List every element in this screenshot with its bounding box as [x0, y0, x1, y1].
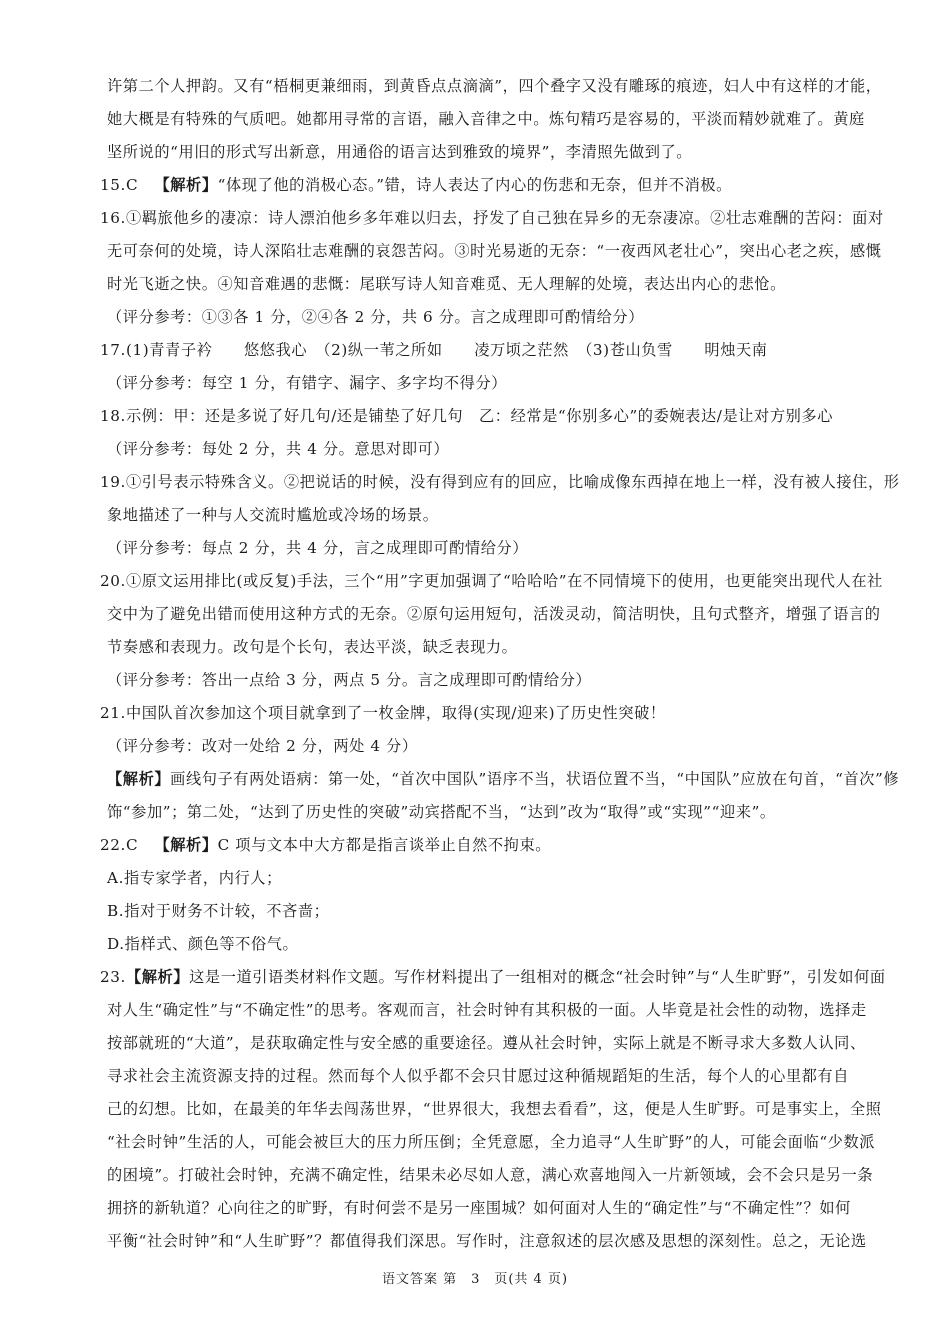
q21-analysis-tag: 【解析】 [107, 770, 170, 788]
q19-scoring: （评分参考：每点 2 分，共 4 分，言之成理即可酌情给分） [100, 532, 872, 565]
q20-line: 20.①原文运用排比(或反复)手法，三个“用”字更加强调了“哈哈哈”在不同情境下… [100, 565, 872, 598]
q23-line: 按部就班的“大道”，是获取确定性与安全感的重要途径。遵从社会时钟，实际上就是不断… [100, 1027, 872, 1060]
q21-analysis: 【解析】画线句子有两处语病：第一处，“首次中国队”语序不当，状语位置不当，“中国… [100, 763, 872, 796]
q15-text: “体现了他的消极心态。”错，诗人表达了内心的伤悲和无奈，但并不消极。 [218, 176, 732, 194]
page-footer: 语文答案 第 3 页(共 4 页) [0, 1268, 950, 1287]
q22-option-d: D.指样式、颜色等不俗气。 [100, 928, 872, 961]
q15-analysis-tag: 【解析】 [154, 176, 217, 194]
continuation-line: 她大概是有特殊的气质吧。她都用寻常的言语，融入音律之中。炼句精巧是容易的，平淡而… [100, 103, 872, 136]
q20-scoring: （评分参考：答出一点给 3 分，两点 5 分。言之成理即可酌情给分） [100, 664, 872, 697]
q23-line: 拥挤的新轨道？心向往之的旷野，有时何尝不是另一座围城？如何面对人生的“确定性”与… [100, 1192, 872, 1225]
q20-line: 节奏感和表现力。改句是个长句，表达平淡，缺乏表现力。 [100, 631, 872, 664]
q23-line: 的困境”。打破社会时钟，充满不确定性，结果未必尽如人意，满心欢喜地闯入一片新领域… [100, 1159, 872, 1192]
q22-option-a: A.指专家学者，内行人； [100, 862, 872, 895]
q16-line: 无可奈何的处境，诗人深陷壮志难酬的哀怨苦闷。③时光易逝的无奈：“一夜西风老壮心”… [100, 235, 872, 268]
q16-line: 16.①羁旅他乡的凄凉：诗人漂泊他乡多年难以归去，抒发了自己独在异乡的无奈凄凉。… [100, 202, 872, 235]
q22-option-b: B.指对于财务不计较，不吝啬； [100, 895, 872, 928]
q17-text: 17.(1)青青子衿 悠悠我心 （2)纵一苇之所如 凌万顷之茫然 （3)苍山负雪… [100, 334, 872, 367]
q17-scoring: （评分参考：每空 1 分，有错字、漏字、多字均不得分） [100, 367, 872, 400]
q21-scoring: （评分参考：改对一处给 2 分，两处 4 分） [100, 730, 872, 763]
q23-line: 己的幻想。比如，在最美的年华去闯荡世界，“世界很大，我想去看看”，这，便是人生旷… [100, 1093, 872, 1126]
q19-line: 象地描述了一种与人交流时尴尬或冷场的场景。 [100, 499, 872, 532]
q19-line: 19.①引号表示特殊含义。②把说话的时候，没有得到应有的回应，比喻成像东西掉在地… [100, 466, 872, 499]
q22-analysis-tag: 【解析】 [154, 836, 217, 854]
q23-line: 对人生“确定性”与“不确定性”的思考。客观而言，社会时钟有其积极的一面。人毕竟是… [100, 994, 872, 1027]
q23-first-line: 这是一道引语类材料作文题。写作材料提出了一组相对的概念“社会时钟”与“人生旷野”… [189, 968, 886, 986]
q15-number: 15.C [100, 176, 138, 194]
question-23: 23.【解析】这是一道引语类材料作文题。写作材料提出了一组相对的概念“社会时钟”… [100, 961, 872, 994]
q23-line: 平衡“社会时钟”和“人生旷野”？都值得我们深思。写作时，注意叙述的层次感及思想的… [100, 1225, 872, 1258]
q16-scoring: （评分参考：①③各 1 分，②④各 2 分，共 6 分。言之成理即可酌情给分） [100, 301, 872, 334]
q21-analysis-text: 画线句子有两处语病：第一处，“首次中国队”语序不当，状语位置不当，“中国队”应放… [170, 770, 899, 788]
q18-text: 18.示例：甲：还是多说了好几句/还是铺垫了好几句 乙：经常是“你别多心”的委婉… [100, 400, 872, 433]
question-15: 15.C 【解析】“体现了他的消极心态。”错，诗人表达了内心的伤悲和无奈，但并不… [100, 169, 872, 202]
q23-analysis-tag: 【解析】 [126, 968, 189, 986]
continuation-line: 坚所说的“用旧的形式写出新意，用通俗的语言达到雅致的境界”，李清照先做到了。 [100, 136, 872, 169]
question-22: 22.C 【解析】C 项与文本中大方都是指言谈举止自然不拘束。 [100, 829, 872, 862]
q18-scoring: （评分参考：每处 2 分，共 4 分。意思对即可） [100, 433, 872, 466]
q16-line: 时光飞逝之快。④知音难遇的悲慨：尾联写诗人知音难觅、无人理解的处境，表达出内心的… [100, 268, 872, 301]
q23-line: 寻求社会主流资源支持的过程。然而每个人似乎都不会只甘愿过这种循规蹈矩的生活，每个… [100, 1060, 872, 1093]
q23-line: “社会时钟”生活的人，可能会被巨大的压力所压倒；全凭意愿，全力追寻“人生旷野”的… [100, 1126, 872, 1159]
q23-number: 23. [100, 968, 126, 986]
answer-page: 许第二个人押韵。又有“梧桐更兼细雨，到黄昏点点滴滴”，四个叠字又没有雕琢的痕迹，… [100, 70, 872, 1258]
continuation-line: 许第二个人押韵。又有“梧桐更兼细雨，到黄昏点点滴滴”，四个叠字又没有雕琢的痕迹，… [100, 70, 872, 103]
q20-line: 交中为了避免出错而使用这种方式的无奈。②原句运用短句，活泼灵动，简洁明快，且句式… [100, 598, 872, 631]
q21-text: 21.中国队首次参加这个项目就拿到了一枚金牌，取得(实现/迎来)了历史性突破！ [100, 697, 872, 730]
q21-analysis-line: 饰“参加”；第二处，“达到了历史性的突破”动宾搭配不当，“达到”改为“取得”或“… [100, 796, 872, 829]
q22-text: C 项与文本中大方都是指言谈举止自然不拘束。 [218, 836, 551, 854]
q22-number: 22.C [100, 836, 138, 854]
